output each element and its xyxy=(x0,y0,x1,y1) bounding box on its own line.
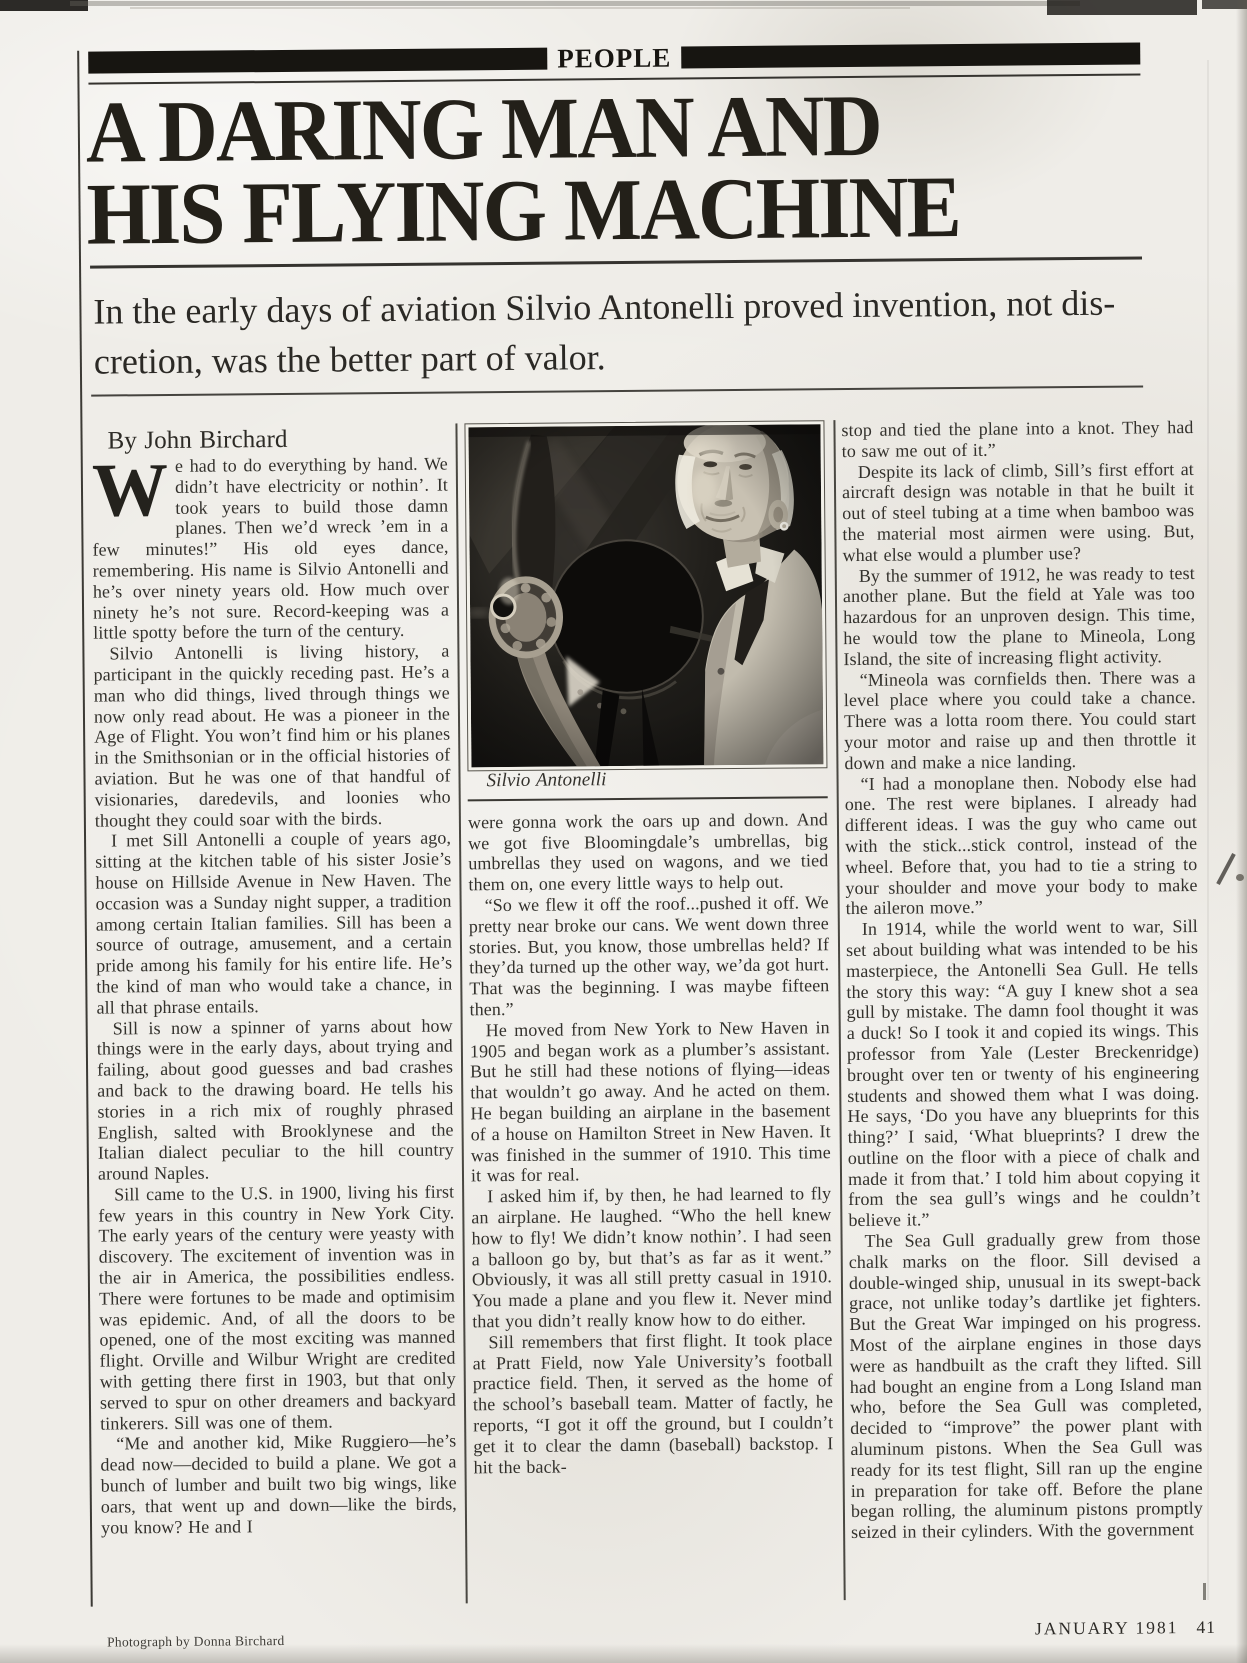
paragraph: stop and tied the plane into a knot. The… xyxy=(841,417,1193,462)
photo-illustration xyxy=(468,424,823,767)
photo-caption: Silvio Antonelli xyxy=(467,768,827,792)
deck-line-2: cretion, was the better part of valor. xyxy=(94,328,1116,387)
column-1: By John Birchard We had to do everything… xyxy=(91,424,457,1539)
issue-date: JANUARY 1981 xyxy=(1035,1617,1179,1638)
column-3: stop and tied the plane into a knot. The… xyxy=(841,417,1203,1543)
paragraph: Sill is now a spinner of yarns about how… xyxy=(97,1015,454,1184)
left-margin-rule xyxy=(77,51,93,1607)
photo-credit: Photograph by Donna Birchard xyxy=(107,1633,285,1651)
paragraph: “Me and another kid, Mike Ruggiero—he’s … xyxy=(100,1431,457,1538)
paragraph: He moved from New York to New Haven in 1… xyxy=(470,1017,831,1187)
folio: JANUARY 198141 xyxy=(1035,1617,1216,1640)
article-photo xyxy=(464,420,827,771)
paragraph: In 1914, while the world went to war, Si… xyxy=(846,916,1201,1231)
section-banner: PEOPLE xyxy=(88,42,1140,73)
paragraph: were gonna work the oars up and down. An… xyxy=(468,809,829,895)
deck-line-1: In the early days of aviation Silvio Ant… xyxy=(93,278,1115,337)
paragraph: “So we flew it off the roof...pushed it … xyxy=(469,892,830,1020)
page-number: 41 xyxy=(1196,1617,1216,1637)
divider xyxy=(468,796,828,801)
banner-bar-left xyxy=(88,48,547,74)
drop-cap: W xyxy=(92,456,176,520)
page-title: A DARING MAN AND HIS FLYING MACHINE xyxy=(86,85,961,257)
divider xyxy=(91,385,1143,396)
magazine-page: PEOPLE A DARING MAN AND HIS FLYING MACHI… xyxy=(0,0,1247,1663)
paragraph: By the summer of 1912, he was ready to t… xyxy=(843,563,1196,670)
paragraph: Sill remembers that first flight. It too… xyxy=(472,1329,833,1478)
paragraph: Despite its lack of climb, Sill’s first … xyxy=(842,459,1195,566)
byline: By John Birchard xyxy=(91,424,447,457)
banner-bar-right xyxy=(681,42,1140,68)
paragraph: “I had a monoplane then. Nobody else had… xyxy=(845,771,1198,920)
paragraph: “Mineola was cornfields then. There was … xyxy=(844,667,1197,774)
paragraph: Sill came to the U.S. in 1900, living hi… xyxy=(98,1181,456,1434)
paragraph: I asked him if, by then, he had learned … xyxy=(471,1183,832,1332)
title-line-2: HIS FLYING MACHINE xyxy=(86,167,960,257)
section-label: PEOPLE xyxy=(547,46,681,69)
column-2: Silvio Antonelli were gonna work the oar… xyxy=(464,420,833,1477)
paragraph: Silvio Antonelli is living history, a pa… xyxy=(93,641,451,831)
paragraph: We had to do everything by hand. We didn… xyxy=(92,454,450,644)
paragraph: I met Sill Antonelli a couple of years a… xyxy=(95,828,453,1018)
printed-sheet: PEOPLE A DARING MAN AND HIS FLYING MACHI… xyxy=(0,0,1247,1663)
paragraph: The Sea Gull gradually grew from those c… xyxy=(848,1228,1203,1543)
deck: In the early days of aviation Silvio Ant… xyxy=(93,278,1116,387)
